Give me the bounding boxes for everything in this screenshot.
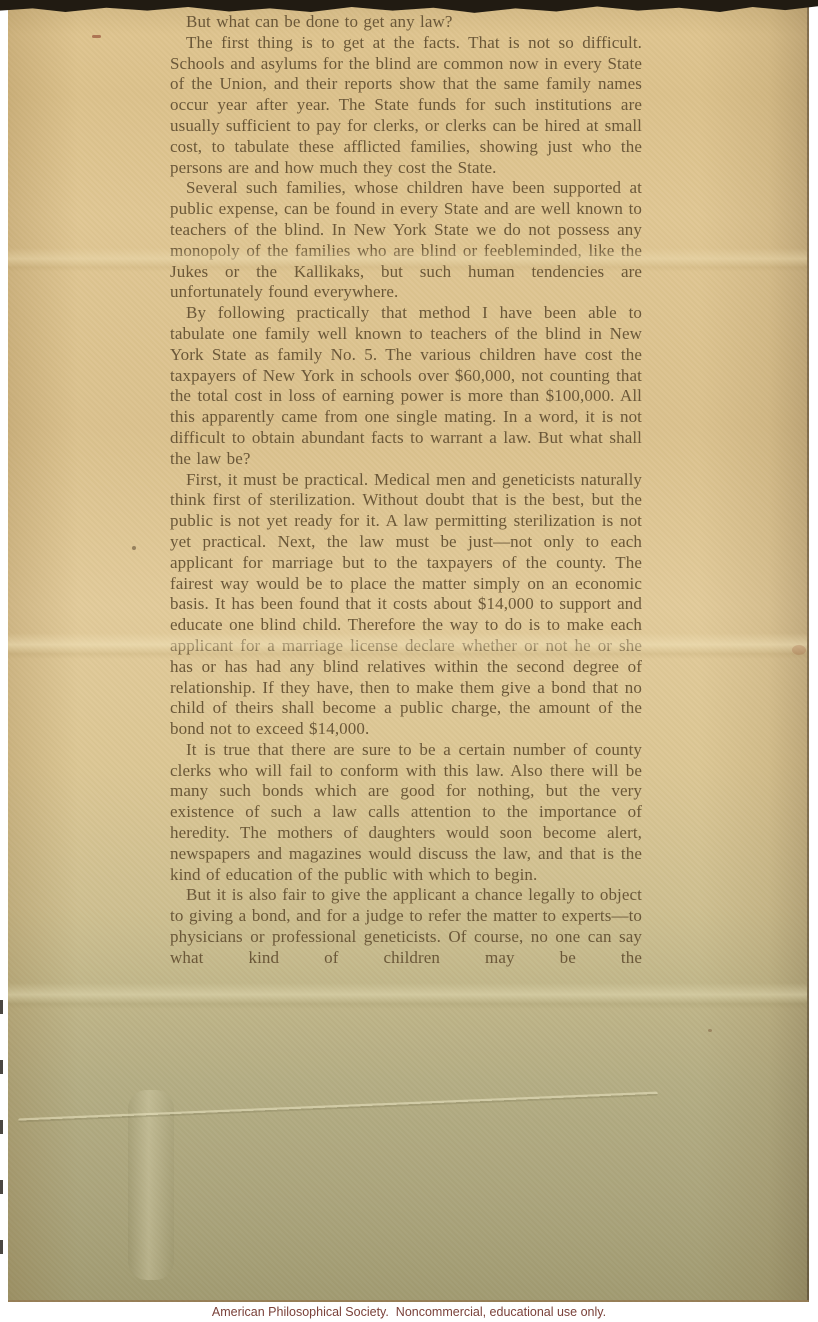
age-speck — [708, 1029, 712, 1032]
paragraph: Several such families, whose children ha… — [170, 178, 642, 303]
age-speck — [92, 35, 101, 38]
paragraph: But what can be done to get any law? — [170, 12, 642, 33]
text-block: But what can be done to get any law? The… — [170, 12, 642, 969]
age-speck — [132, 546, 136, 550]
paragraph: But it is also fair to give the applican… — [170, 885, 642, 968]
left-edge-marks — [0, 1000, 3, 1300]
paragraph: The first thing is to get at the facts. … — [170, 33, 642, 179]
footer-caption: American Philosophical Society. Noncomme… — [0, 1305, 818, 1320]
paragraph: By following practically that method I h… — [170, 303, 642, 469]
scanned-document-page: But what can be done to get any law? The… — [0, 0, 818, 1322]
paragraph: First, it must be practical. Medical men… — [170, 470, 642, 740]
vertical-crease — [128, 1090, 174, 1280]
paper-sheet: But what can be done to get any law? The… — [8, 5, 809, 1302]
age-speck — [792, 645, 806, 655]
paragraph: It is true that there are sure to be a c… — [170, 740, 642, 886]
